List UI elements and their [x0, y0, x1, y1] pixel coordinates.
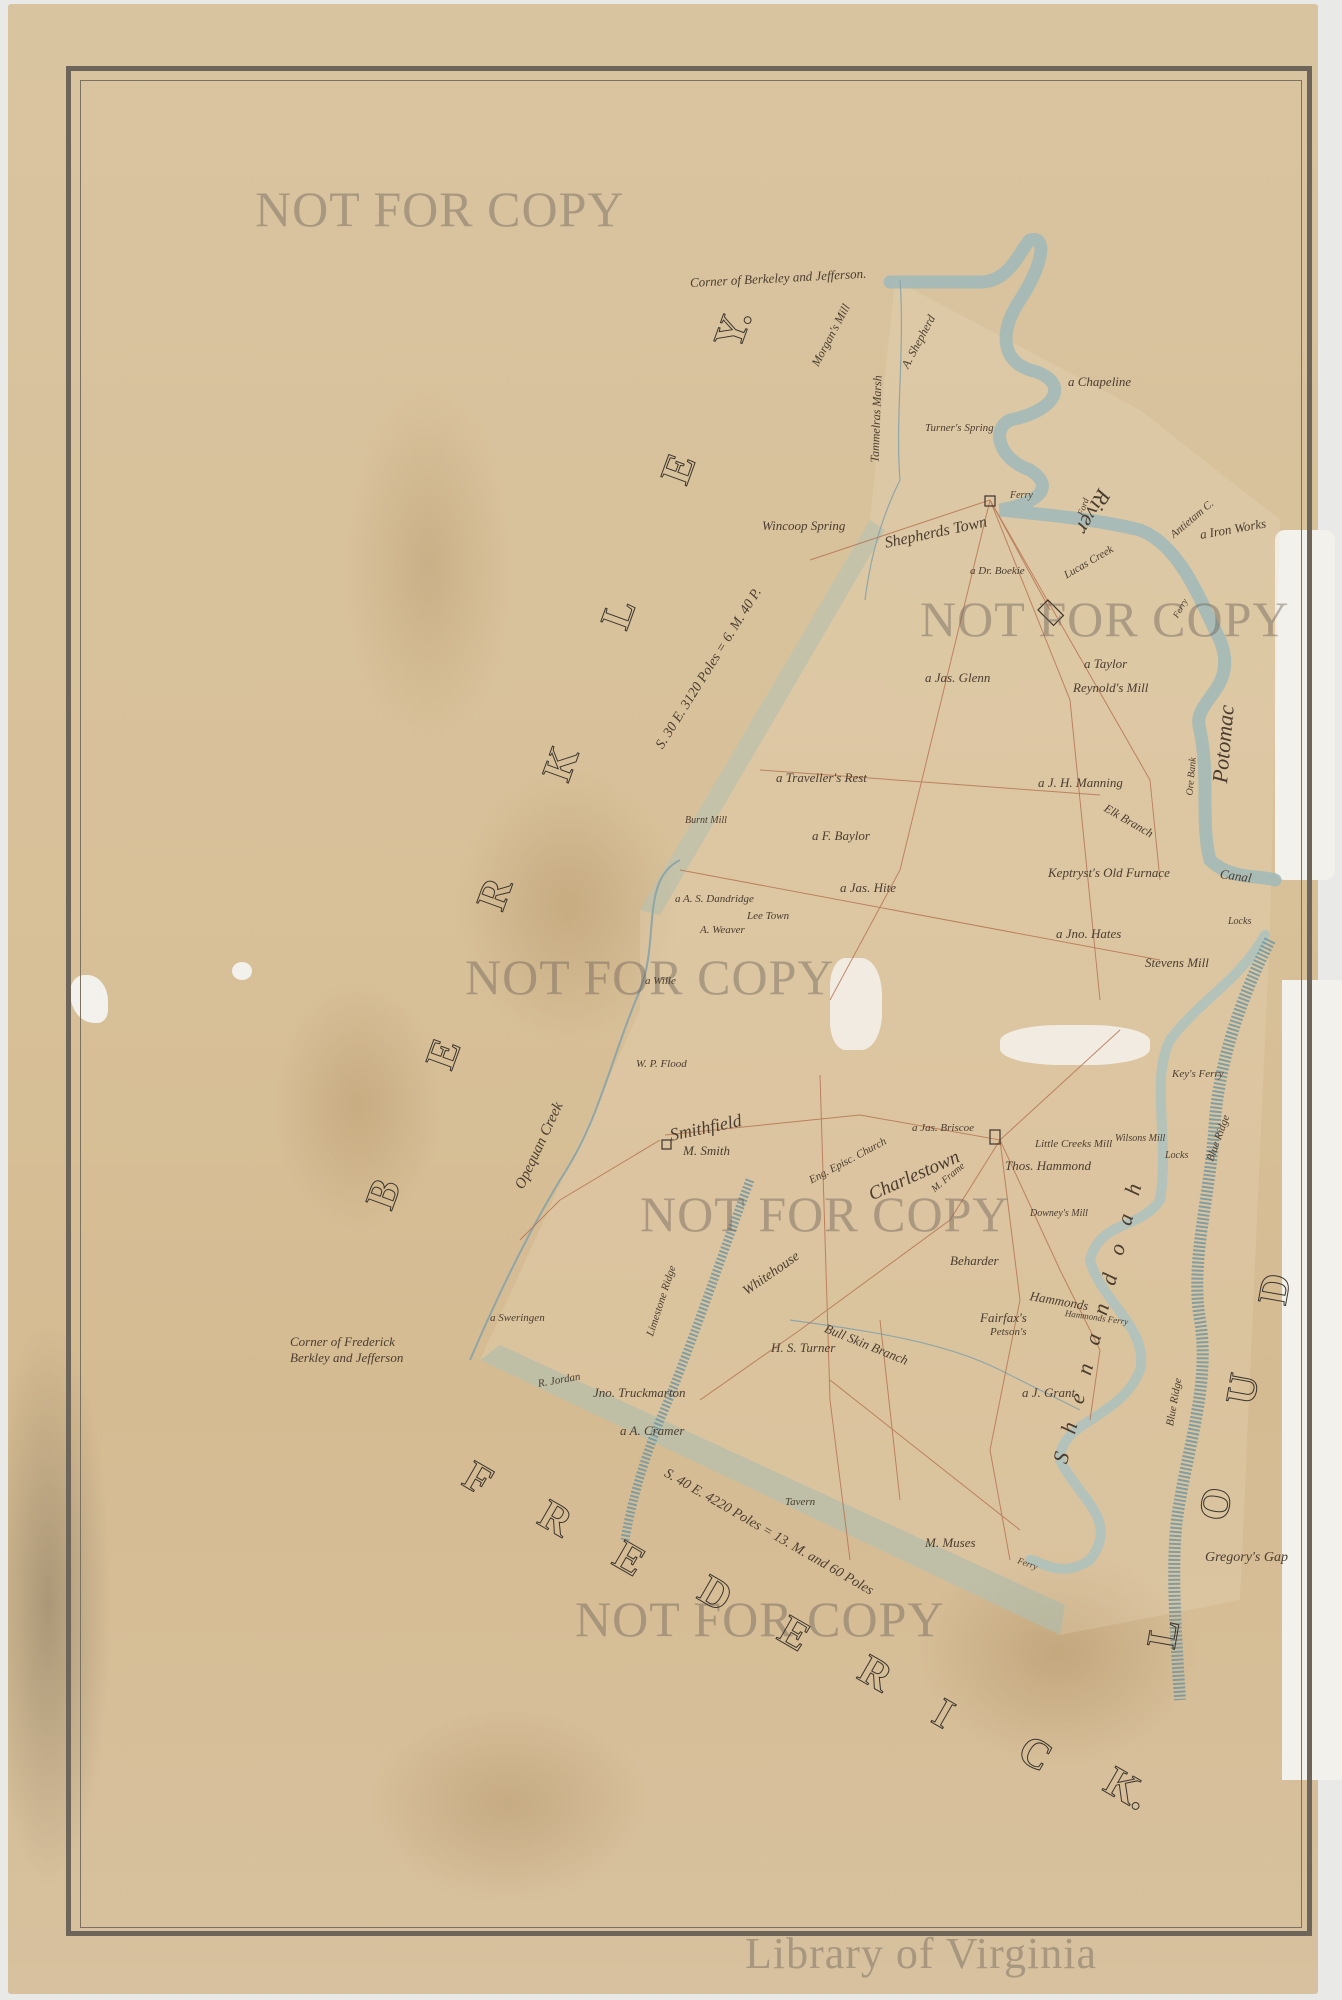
watermark: NOT FOR COPY: [575, 1590, 945, 1648]
place-wincoop-spring: Wincoop Spring: [762, 518, 845, 534]
place-m-smith: M. Smith: [683, 1143, 730, 1159]
place-locks: Locks: [1228, 916, 1251, 927]
place-wp-flood: W. P. Flood: [636, 1058, 687, 1070]
place-hs-turner: H. S. Turner: [771, 1340, 835, 1356]
place-tammelras-marsh: Tammelras Marsh: [868, 375, 886, 463]
corner-label: Berkley and Jefferson: [290, 1350, 403, 1366]
place-jno-hates: a Jno. Hates: [1056, 926, 1121, 942]
place-gregorys-gap: Gregory's Gap: [1205, 1550, 1288, 1566]
place-petsons: Petson's: [990, 1326, 1027, 1338]
place-a-cramer: a A. Cramer: [620, 1423, 684, 1439]
watermark: NOT FOR COPY: [255, 180, 625, 238]
place-a-wille: a Wille: [645, 975, 676, 987]
place-fairfaxs: Fairfax's: [980, 1310, 1027, 1326]
place-jas-hite: a Jas. Hite: [840, 880, 896, 896]
place-f-baylor: a F. Baylor: [812, 828, 870, 844]
place-jas-glenn: a Jas. Glenn: [925, 670, 990, 686]
place-thos-hammond: Thos. Hammond: [1005, 1158, 1091, 1174]
corner-label: Corner of Frederick: [290, 1334, 395, 1350]
watermark: NOT FOR COPY: [920, 590, 1290, 648]
place-leetown: Lee Town: [747, 910, 789, 922]
watermark: NOT FOR COPY: [640, 1185, 1010, 1243]
place-as-dandridge: a A. S. Dandridge: [675, 893, 754, 905]
place-taylor: a Taylor: [1084, 656, 1127, 672]
footer-watermark: Library of Virginia: [745, 1928, 1097, 1979]
place-dr-boekie: a Dr. Boekie: [970, 565, 1025, 577]
place-jno-truckmarton: Jno. Truckmarton: [593, 1385, 685, 1401]
place-burnt-mill: Burnt Mill: [685, 815, 727, 826]
place-reynolds-mill: Reynold's Mill: [1073, 680, 1148, 696]
place-keys-ferry: Key's Ferry: [1172, 1068, 1224, 1080]
place-travellers-rest: a Traveller's Rest: [776, 770, 867, 786]
place-turners-spring: Turner's Spring: [925, 422, 994, 434]
place-sweringen: a Sweringen: [490, 1312, 545, 1324]
place-stevens-mill: Stevens Mill: [1145, 955, 1209, 971]
place-a-weaver: A. Weaver: [700, 924, 745, 936]
place-j-grant: a J. Grant: [1022, 1385, 1075, 1401]
place-m-muses: M. Muses: [925, 1535, 976, 1551]
place-little-creeks-mill: Little Creeks Mill: [1035, 1138, 1112, 1150]
place-keptrysts-furnace: Keptryst's Old Furnace: [1048, 865, 1170, 881]
place-ferry: Ferry: [1010, 490, 1033, 501]
place-jas-briscoe: a Jas. Briscoe: [912, 1122, 974, 1134]
place-jh-manning: a J. H. Manning: [1038, 775, 1123, 791]
place-wilsons-mill: Wilsons Mill: [1115, 1133, 1165, 1144]
place-tavern: Tavern: [785, 1496, 815, 1508]
place-beharder: Beharder: [950, 1253, 999, 1269]
place-downeys-mill: Downey's Mill: [1030, 1208, 1088, 1219]
place-chapeline: a Chapeline: [1068, 374, 1131, 390]
place-locks: Locks: [1165, 1150, 1188, 1161]
